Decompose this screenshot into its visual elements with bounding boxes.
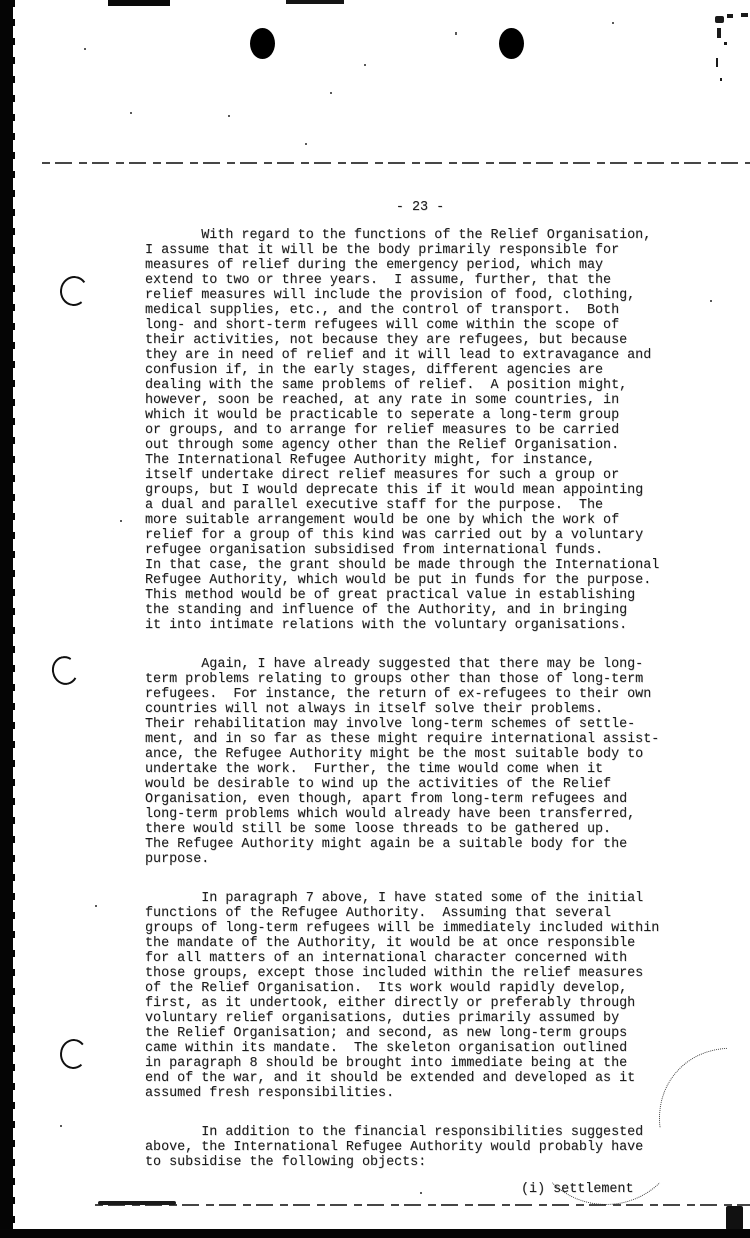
scan-corner-artifact [715,16,724,23]
page-number: - 23 - [159,200,681,215]
paragraph-initial-functions: In paragraph 7 above, I have stated some… [145,891,667,1101]
scan-corner-artifact [724,42,727,45]
noise-speck [710,300,712,302]
text-block: - 23 - With regard to the functions of t… [145,200,667,1197]
noise-speck [612,22,614,24]
scan-edge-bar-ragged [13,0,15,1238]
scan-corner-artifact [727,14,733,18]
noise-speck [60,1125,62,1127]
punch-hole-left [250,28,275,59]
scan-corner-artifact [741,13,748,17]
paragraph-relief-organisation: With regard to the functions of the Reli… [145,228,667,633]
noise-speck [305,143,307,145]
pen-mark-c-shape [58,274,90,308]
punch-hole-right [499,28,524,59]
pen-mark-c-shape [59,1038,88,1070]
scan-top-strip [286,0,344,4]
noise-speck [228,115,230,117]
noise-speck [455,32,457,35]
pen-mark-c-shape [49,653,81,687]
horizontal-dashed-rule-top [42,162,750,164]
horizontal-dashed-rule-bottom [95,1204,750,1206]
scan-corner-artifact [717,28,721,38]
scanned-document-page: - 23 - With regard to the functions of t… [0,0,750,1238]
scan-smudge [726,1206,743,1230]
paragraph-long-term-problems: Again, I have already suggested that the… [145,657,667,867]
noise-speck [130,112,132,114]
scan-corner-artifact [720,78,722,81]
scan-smudge [98,1201,176,1205]
noise-speck [330,92,332,94]
scan-top-strip [108,0,170,6]
scan-corner-artifact [716,58,718,67]
noise-speck [364,64,366,66]
scan-edge-bar-bottom [0,1229,750,1238]
paragraph-financial-responsibilities: In addition to the financial responsibil… [145,1125,667,1170]
catchword-settlement: (i) settlement [145,1182,667,1197]
scan-edge-bar-left [0,0,13,1238]
noise-speck [84,48,86,50]
noise-speck [120,520,122,522]
noise-speck [95,905,97,907]
